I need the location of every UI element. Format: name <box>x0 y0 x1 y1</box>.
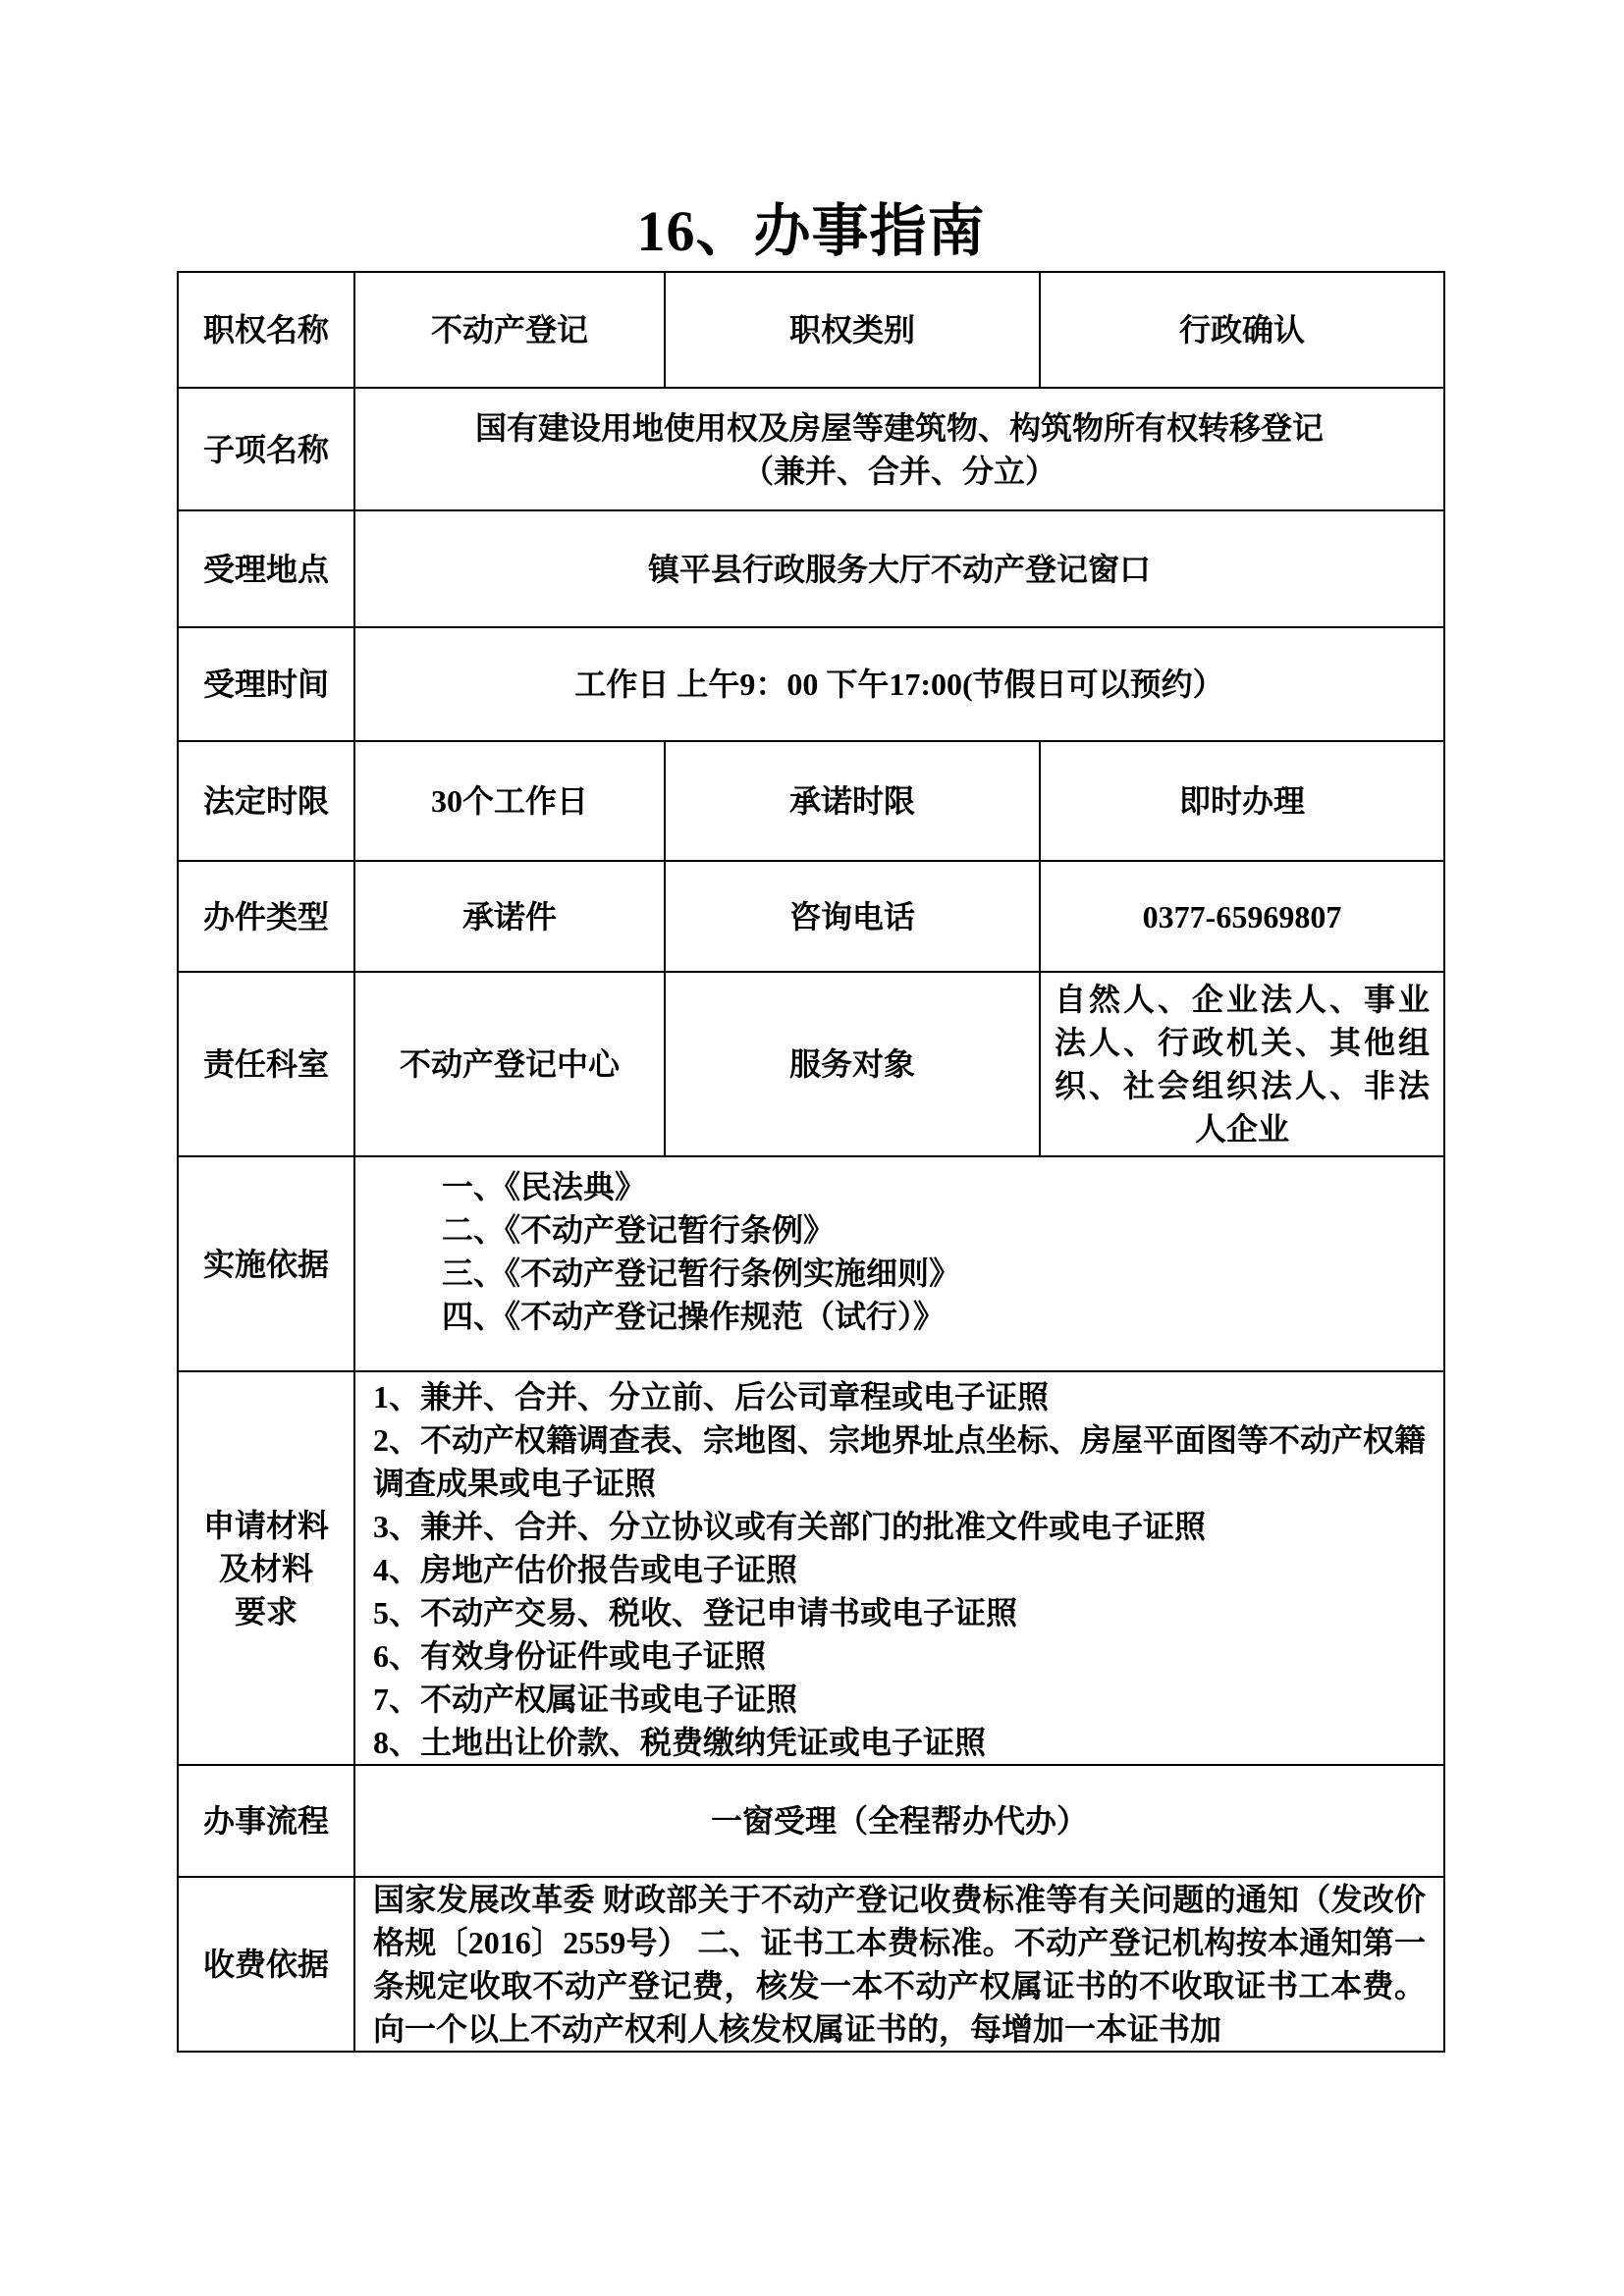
responsible-dept-label: 责任科室 <box>179 973 353 1155</box>
legal-basis-item: 二、《不动产登记暂行条例》 <box>442 1208 835 1252</box>
material-item: 2、不动产权籍调查表、宗地图、宗地界址点坐标、房屋平面图等不动产权籍调查成果或电… <box>373 1418 1426 1505</box>
fee-basis-text: 国家发展改革委 财政部关于不动产登记收费标准等有关问题的通知（发改价格规〔201… <box>355 1878 1443 2051</box>
legal-basis-list: 一、《民法典》 二、《不动产登记暂行条例》 三、《不动产登记暂行条例实施细则》 … <box>355 1157 1443 1370</box>
legal-basis-label: 实施依据 <box>179 1157 353 1370</box>
consult-phone-value: 0377-65969807 <box>1041 862 1443 971</box>
accept-location-label: 受理地点 <box>179 511 353 626</box>
fee-basis-label: 收费依据 <box>179 1878 353 2051</box>
page-title: 16、办事指南 <box>177 185 1445 267</box>
legal-basis-item: 一、《民法典》 <box>442 1165 646 1208</box>
material-item: 4、房地产估价报告或电子证照 <box>373 1548 797 1591</box>
legal-time-limit-value: 30个工作日 <box>355 742 664 860</box>
authority-type-value: 行政确认 <box>1041 273 1443 387</box>
materials-label-line-3: 要求 <box>235 1590 298 1633</box>
authority-name-value: 不动产登记 <box>355 273 664 387</box>
authority-type-label: 职权类别 <box>666 273 1039 387</box>
materials-list: 1、兼并、合并、分立前、后公司章程或电子证照 2、不动产权籍调查表、宗地图、宗地… <box>355 1372 1443 1764</box>
material-item: 7、不动产权属证书或电子证照 <box>373 1678 797 1721</box>
promise-time-limit-value: 即时办理 <box>1041 742 1443 860</box>
service-target-label: 服务对象 <box>666 973 1039 1155</box>
legal-basis-item: 三、《不动产登记暂行条例实施细则》 <box>442 1252 960 1295</box>
accept-location-value: 镇平县行政服务大厅不动产登记窗口 <box>355 511 1443 626</box>
subitem-name-label: 子项名称 <box>179 389 353 509</box>
document-page: 16、办事指南 职权名称 不动产登记 职权类别 行政确认 子项名称 国有建设用地… <box>0 0 1624 2296</box>
item-type-label: 办件类型 <box>179 862 353 971</box>
service-target-value: 自然人、企业法人、事业法人、行政机关、其他组织、社会组织法人、非法人企业 <box>1041 973 1443 1155</box>
accept-time-value: 工作日 上午9：00 下午17:00(节假日可以预约） <box>355 628 1443 740</box>
materials-label-line-1: 申请材料 <box>203 1504 329 1547</box>
material-item: 1、兼并、合并、分立前、后公司章程或电子证照 <box>373 1375 1049 1418</box>
material-item: 6、有效身份证件或电子证照 <box>373 1634 766 1678</box>
item-type-value: 承诺件 <box>355 862 664 971</box>
service-guide-table: 职权名称 不动产登记 职权类别 行政确认 子项名称 国有建设用地使用权及房屋等建… <box>177 271 1445 2053</box>
materials-label: 申请材料 及材料 要求 <box>179 1372 353 1764</box>
process-value: 一窗受理（全程帮办代办） <box>355 1766 1443 1876</box>
materials-label-line-2: 及材料 <box>219 1547 313 1590</box>
material-item: 3、兼并、合并、分立协议或有关部门的批准文件或电子证照 <box>373 1505 1206 1548</box>
subitem-name-line-1: 国有建设用地使用权及房屋等建筑物、构筑物所有权转移登记 <box>475 406 1324 450</box>
responsible-dept-value: 不动产登记中心 <box>355 973 664 1155</box>
legal-time-limit-label: 法定时限 <box>179 742 353 860</box>
material-item: 8、土地出让价款、税费缴纳凭证或电子证照 <box>373 1721 986 1764</box>
accept-time-label: 受理时间 <box>179 628 353 740</box>
authority-name-label: 职权名称 <box>179 273 353 387</box>
subitem-name-value: 国有建设用地使用权及房屋等建筑物、构筑物所有权转移登记 （兼并、合并、分立） <box>355 389 1443 509</box>
process-label: 办事流程 <box>179 1766 353 1876</box>
material-item: 5、不动产交易、税收、登记申请书或电子证照 <box>373 1591 1017 1634</box>
consult-phone-label: 咨询电话 <box>666 862 1039 971</box>
promise-time-limit-label: 承诺时限 <box>666 742 1039 860</box>
legal-basis-item: 四、《不动产登记操作规范（试行）》 <box>442 1295 945 1338</box>
subitem-name-line-2: （兼并、合并、分立） <box>742 450 1056 493</box>
